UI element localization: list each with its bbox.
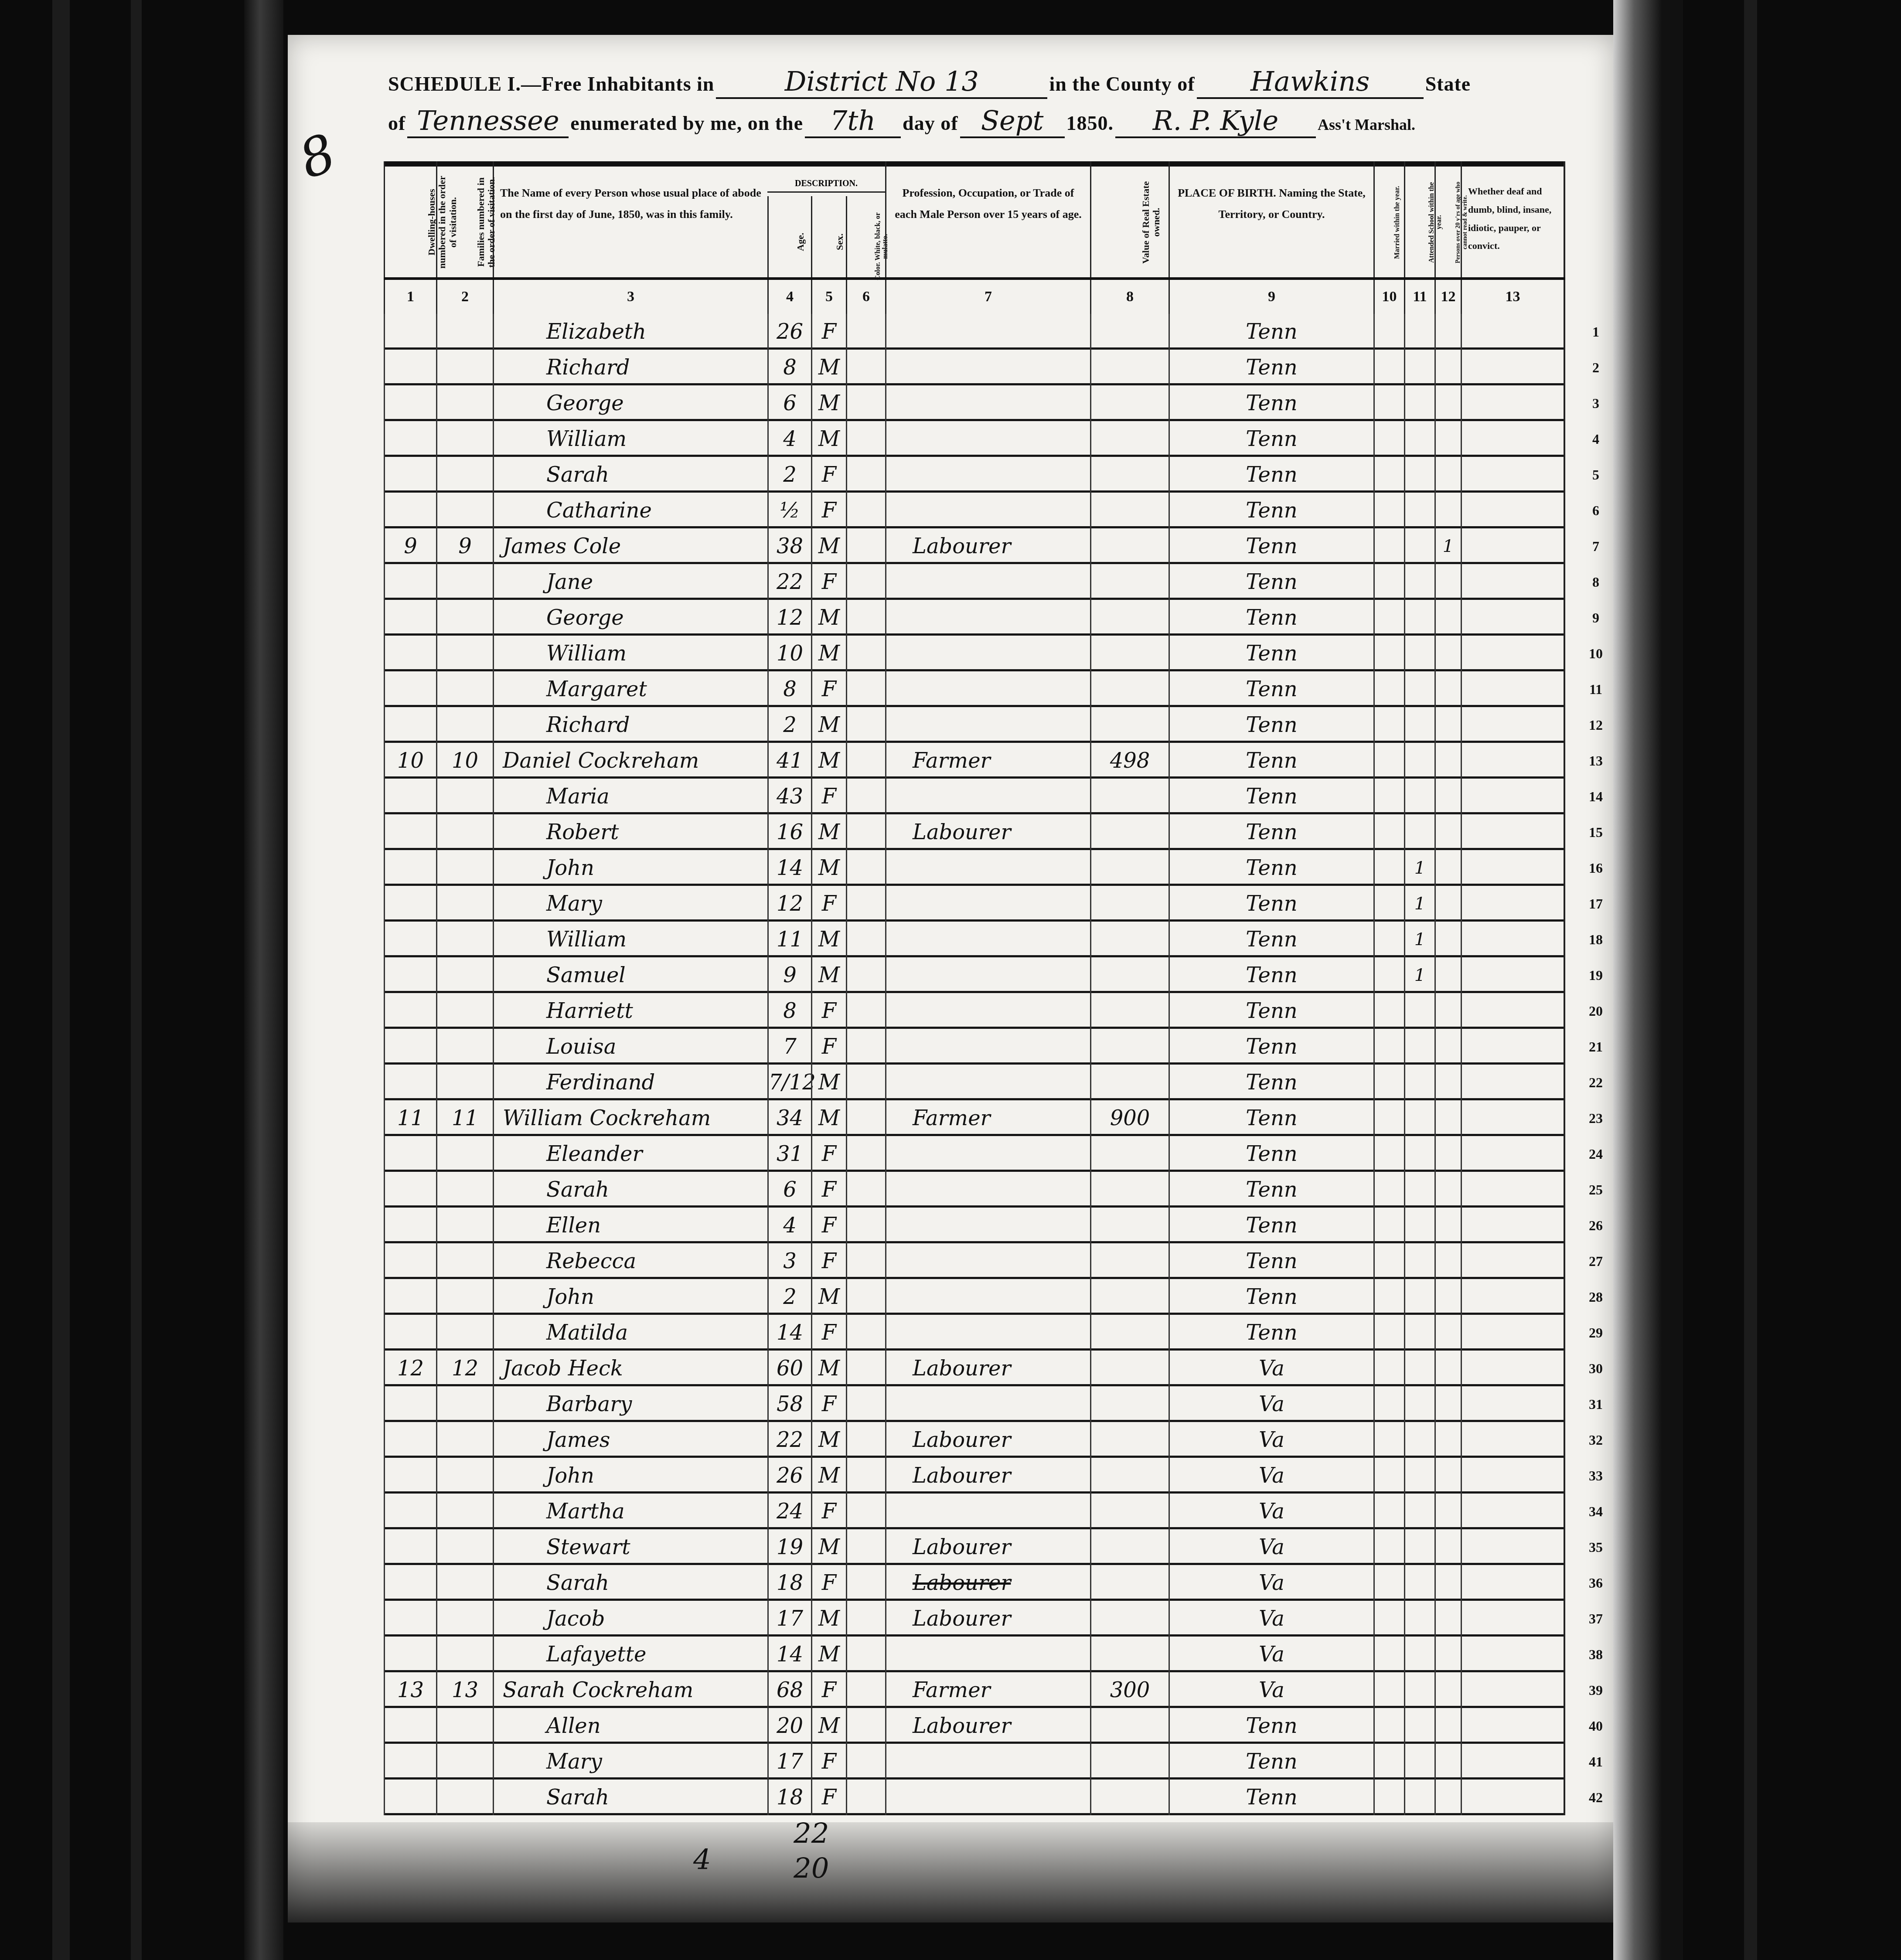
family-number-cell (436, 1422, 493, 1458)
age-cell: 58 (767, 1386, 811, 1422)
attended-school-cell (1404, 1494, 1434, 1529)
age-cell: 7 (767, 1029, 811, 1065)
occupation-cell: Farmer (885, 743, 1090, 779)
color-cell (846, 1458, 885, 1494)
age-cell: 10 (767, 636, 811, 671)
cannot-read-write-cell (1434, 1136, 1461, 1172)
line-number: 39 (1578, 1672, 1613, 1708)
line-number: 27 (1578, 1243, 1613, 1279)
attended-school-cell: 1 (1404, 886, 1434, 922)
dwelling-number-cell (384, 993, 436, 1029)
header-col-5: Sex. (811, 196, 846, 279)
column-number-row: 1 2 3 4 5 6 7 8 9 10 11 12 13 (384, 280, 1565, 314)
person-name-cell: Richard (493, 707, 767, 743)
table-row: Eleander31FTenn24 (384, 1136, 1565, 1172)
county-field: Hawkins (1197, 65, 1424, 99)
married-cell (1373, 671, 1404, 707)
occupation-cell (885, 385, 1090, 421)
table-row: Allen20MLabourerTenn40 (384, 1708, 1565, 1744)
col-num-11: 11 (1404, 280, 1434, 314)
line-number: 23 (1578, 1100, 1613, 1136)
real-estate-value-cell (1090, 1243, 1169, 1279)
person-name-cell: Sarah (493, 1172, 767, 1208)
occupation-cell: Labourer (885, 1458, 1090, 1494)
birthplace-cell: Tenn (1169, 421, 1373, 457)
married-cell (1373, 421, 1404, 457)
deaf-dumb-blind-cell (1461, 1637, 1565, 1672)
cannot-read-write-cell (1434, 1708, 1461, 1744)
age-cell: 7/12 (767, 1065, 811, 1100)
married-cell (1373, 707, 1404, 743)
deaf-dumb-blind-cell (1461, 636, 1565, 671)
occupation-cell: Farmer (885, 1100, 1090, 1136)
birthplace-cell: Tenn (1169, 600, 1373, 636)
cannot-read-write-cell (1434, 385, 1461, 421)
table-row: Catharine½FTenn6 (384, 493, 1565, 528)
tally-males: 22 (794, 1818, 829, 1850)
family-number-cell (436, 1637, 493, 1672)
person-name-cell: Barbary (493, 1386, 767, 1422)
age-cell: 4 (767, 1208, 811, 1243)
attended-school-cell (1404, 1708, 1434, 1744)
cannot-read-write-cell (1434, 1565, 1461, 1601)
cannot-read-write-cell (1434, 1601, 1461, 1637)
occupation-cell (885, 922, 1090, 957)
sex-cell: M (811, 1065, 846, 1100)
person-name-cell: Matilda (493, 1315, 767, 1351)
sex-cell: F (811, 1744, 846, 1780)
dwelling-number-cell: 12 (384, 1351, 436, 1386)
day-value: 7th (830, 105, 876, 136)
day-field: 7th (805, 105, 901, 138)
sex-cell: F (811, 1494, 846, 1529)
occupation-cell (885, 1208, 1090, 1243)
attended-school-cell (1404, 1744, 1434, 1780)
person-name-cell: Catharine (493, 493, 767, 528)
line-number: 9 (1578, 600, 1613, 636)
line-number: 35 (1578, 1529, 1613, 1565)
deaf-dumb-blind-cell (1461, 1172, 1565, 1208)
family-number-cell (436, 1565, 493, 1601)
age-cell: 26 (767, 1458, 811, 1494)
occupation-cell (885, 1065, 1090, 1100)
dwelling-number-cell (384, 779, 436, 814)
attended-school-cell (1404, 314, 1434, 350)
married-cell (1373, 1243, 1404, 1279)
cannot-read-write-cell (1434, 1100, 1461, 1136)
birthplace-cell: Tenn (1169, 564, 1373, 600)
attended-school-cell (1404, 1279, 1434, 1315)
attended-school-cell: 1 (1404, 922, 1434, 957)
sex-cell: F (811, 1029, 846, 1065)
header-col-4: Age. (767, 196, 811, 279)
real-estate-value-cell (1090, 707, 1169, 743)
age-cell: 68 (767, 1672, 811, 1708)
attended-school-cell (1404, 600, 1434, 636)
sex-cell: F (811, 671, 846, 707)
age-cell: 4 (767, 421, 811, 457)
person-name-cell: Elizabeth (493, 314, 767, 350)
color-cell (846, 707, 885, 743)
cannot-read-write-cell (1434, 493, 1461, 528)
family-number-cell (436, 457, 493, 493)
attended-school-cell (1404, 636, 1434, 671)
col-num-2: 2 (436, 280, 493, 314)
tally-dwellings: 4 (693, 1844, 711, 1876)
cannot-read-write-cell (1434, 1315, 1461, 1351)
table-row: Harriett8FTenn20 (384, 993, 1565, 1029)
age-cell: 11 (767, 922, 811, 957)
married-cell (1373, 886, 1404, 922)
married-cell (1373, 1029, 1404, 1065)
table-row: Rebecca3FTenn27 (384, 1243, 1565, 1279)
dwelling-number-cell: 9 (384, 528, 436, 564)
header-col-12: Persons over 20 y'rs of age who cannot r… (1434, 161, 1461, 279)
cannot-read-write-cell (1434, 457, 1461, 493)
sex-cell: M (811, 421, 846, 457)
marshal-field: R. P. Kyle (1115, 105, 1316, 138)
color-cell (846, 457, 885, 493)
sex-cell: M (811, 922, 846, 957)
married-cell (1373, 922, 1404, 957)
deaf-dumb-blind-cell (1461, 421, 1565, 457)
deaf-dumb-blind-cell (1461, 814, 1565, 850)
cannot-read-write-cell (1434, 1243, 1461, 1279)
married-cell (1373, 457, 1404, 493)
line-number: 2 (1578, 350, 1613, 385)
attended-school-cell (1404, 1100, 1434, 1136)
family-number-cell (436, 707, 493, 743)
color-cell (846, 1208, 885, 1243)
header-col-1: Dwelling-houses numbered in the order of… (384, 161, 436, 279)
person-name-cell: Lafayette (493, 1637, 767, 1672)
married-cell (1373, 350, 1404, 385)
real-estate-value-cell (1090, 922, 1169, 957)
married-cell (1373, 1351, 1404, 1386)
person-name-cell: Robert (493, 814, 767, 850)
age-cell: 2 (767, 1279, 811, 1315)
color-cell (846, 493, 885, 528)
table-row: William11MTenn118 (384, 922, 1565, 957)
color-cell (846, 1386, 885, 1422)
family-number-cell (436, 814, 493, 850)
line-number: 29 (1578, 1315, 1613, 1351)
deaf-dumb-blind-cell (1461, 314, 1565, 350)
real-estate-value-cell (1090, 779, 1169, 814)
age-cell: 38 (767, 528, 811, 564)
birthplace-cell: Tenn (1169, 385, 1373, 421)
person-name-cell: Martha (493, 1494, 767, 1529)
deaf-dumb-blind-cell (1461, 1565, 1565, 1601)
real-estate-value-cell (1090, 957, 1169, 993)
birthplace-cell: Tenn (1169, 493, 1373, 528)
table-row: Barbary58FVa31 (384, 1386, 1565, 1422)
line-number: 3 (1578, 385, 1613, 421)
age-cell: 8 (767, 993, 811, 1029)
dwelling-number-cell (384, 1065, 436, 1100)
family-number-cell (436, 636, 493, 671)
person-name-cell: Samuel (493, 957, 767, 993)
state-field: Tennessee (407, 105, 569, 138)
color-cell (846, 1136, 885, 1172)
deaf-dumb-blind-cell (1461, 886, 1565, 922)
table-row: Sarah6FTenn25 (384, 1172, 1565, 1208)
real-estate-value-cell: 300 (1090, 1672, 1169, 1708)
age-cell: 8 (767, 350, 811, 385)
occupation-cell (885, 1172, 1090, 1208)
color-cell (846, 850, 885, 886)
color-cell (846, 1744, 885, 1780)
married-cell (1373, 1637, 1404, 1672)
age-cell: 14 (767, 850, 811, 886)
real-estate-value-cell (1090, 993, 1169, 1029)
deaf-dumb-blind-cell (1461, 1100, 1565, 1136)
color-cell (846, 1422, 885, 1458)
table-row: George6MTenn3 (384, 385, 1565, 421)
attended-school-cell (1404, 421, 1434, 457)
table-row: John14MTenn116 (384, 850, 1565, 886)
real-estate-value-cell (1090, 1708, 1169, 1744)
col-num-1: 1 (384, 280, 436, 314)
family-number-cell (436, 564, 493, 600)
real-estate-value-cell (1090, 1744, 1169, 1780)
year-label: 1850. (1066, 112, 1114, 134)
person-name-cell: James Cole (493, 528, 767, 564)
real-estate-value-cell (1090, 1279, 1169, 1315)
line-number: 7 (1578, 528, 1613, 564)
married-cell (1373, 1601, 1404, 1637)
real-estate-value-cell (1090, 1315, 1169, 1351)
attended-school-cell (1404, 743, 1434, 779)
birthplace-cell: Tenn (1169, 957, 1373, 993)
married-cell (1373, 1136, 1404, 1172)
real-estate-value-cell (1090, 1351, 1169, 1386)
header-col-8: Value of Real Estate owned. (1090, 161, 1169, 279)
married-cell (1373, 1565, 1404, 1601)
real-estate-value-cell (1090, 814, 1169, 850)
married-cell (1373, 493, 1404, 528)
birthplace-cell: Tenn (1169, 314, 1373, 350)
family-number-cell (436, 993, 493, 1029)
cannot-read-write-cell (1434, 1529, 1461, 1565)
tally-females: 20 (794, 1853, 829, 1885)
person-name-cell: Jacob Heck (493, 1351, 767, 1386)
dwelling-number-cell: 11 (384, 1100, 436, 1136)
line-number: 31 (1578, 1386, 1613, 1422)
county-label: in the County of (1049, 73, 1195, 95)
sheet-bottom-shade (288, 1822, 1613, 1923)
sex-cell: F (811, 779, 846, 814)
age-cell: 2 (767, 707, 811, 743)
family-number-cell (436, 1065, 493, 1100)
person-name-cell: Stewart (493, 1529, 767, 1565)
birthplace-cell: Tenn (1169, 528, 1373, 564)
real-estate-value-cell (1090, 1065, 1169, 1100)
cannot-read-write-cell (1434, 1029, 1461, 1065)
header-col-10: Married within the year. (1373, 161, 1404, 279)
table-row: Jacob17MLabourerVa37 (384, 1601, 1565, 1637)
real-estate-value-cell (1090, 1601, 1169, 1637)
line-number: 22 (1578, 1065, 1613, 1100)
birthplace-cell: Va (1169, 1565, 1373, 1601)
attended-school-cell (1404, 671, 1434, 707)
occupation-cell (885, 421, 1090, 457)
table-row: Martha24FVa34 (384, 1494, 1565, 1529)
birthplace-cell: Tenn (1169, 1780, 1373, 1815)
dwelling-number-cell (384, 1243, 436, 1279)
dwelling-number-cell (384, 421, 436, 457)
real-estate-value-cell (1090, 1458, 1169, 1494)
age-cell: 26 (767, 314, 811, 350)
occupation-cell: Labourer (885, 1601, 1090, 1637)
age-cell: 18 (767, 1780, 811, 1815)
color-cell (846, 350, 885, 385)
dwelling-number-cell: 13 (384, 1672, 436, 1708)
schedule-label: SCHEDULE I.—Free Inhabitants in (388, 73, 714, 95)
district-value: District No 13 (785, 65, 979, 97)
birthplace-cell: Tenn (1169, 1136, 1373, 1172)
deaf-dumb-blind-cell (1461, 1780, 1565, 1815)
line-number: 18 (1578, 922, 1613, 957)
table-row: William4MTenn4 (384, 421, 1565, 457)
sex-cell: M (811, 707, 846, 743)
table-row: Samuel9MTenn119 (384, 957, 1565, 993)
birthplace-cell: Tenn (1169, 1243, 1373, 1279)
family-number-cell (436, 1458, 493, 1494)
married-cell (1373, 1100, 1404, 1136)
line-number: 40 (1578, 1708, 1613, 1744)
sex-cell: M (811, 385, 846, 421)
married-cell (1373, 564, 1404, 600)
of-label: of (388, 112, 405, 134)
cannot-read-write-cell (1434, 671, 1461, 707)
married-cell (1373, 957, 1404, 993)
married-cell (1373, 1065, 1404, 1100)
age-cell: 17 (767, 1601, 811, 1637)
color-cell (846, 671, 885, 707)
color-cell (846, 1494, 885, 1529)
real-estate-value-cell (1090, 1386, 1169, 1422)
line-number: 38 (1578, 1637, 1613, 1672)
table-row: John2MTenn28 (384, 1279, 1565, 1315)
birthplace-cell: Tenn (1169, 779, 1373, 814)
occupation-cell (885, 850, 1090, 886)
table-row: Louisa7FTenn21 (384, 1029, 1565, 1065)
sex-cell: M (811, 528, 846, 564)
family-number-cell (436, 671, 493, 707)
occupation-cell (885, 1494, 1090, 1529)
real-estate-value-cell (1090, 636, 1169, 671)
dwelling-number-cell (384, 850, 436, 886)
age-cell: 22 (767, 1422, 811, 1458)
age-cell: 14 (767, 1637, 811, 1672)
dwelling-number-cell (384, 1136, 436, 1172)
dwelling-number-cell (384, 1279, 436, 1315)
color-cell (846, 743, 885, 779)
film-right-edge (1613, 0, 1683, 1960)
col-num-8: 8 (1090, 280, 1169, 314)
married-cell (1373, 1494, 1404, 1529)
table-row: Stewart19MLabourerVa35 (384, 1529, 1565, 1565)
person-name-cell: George (493, 385, 767, 421)
line-number: 10 (1578, 636, 1613, 671)
dwelling-number-cell (384, 457, 436, 493)
attended-school-cell (1404, 1601, 1434, 1637)
person-name-cell: Sarah Cockreham (493, 1672, 767, 1708)
table-row: Jane22FTenn8 (384, 564, 1565, 600)
real-estate-value-cell (1090, 1172, 1169, 1208)
occupation-cell (885, 707, 1090, 743)
dwelling-number-cell (384, 385, 436, 421)
title-line-2: of Tennessee enumerated by me, on the 7t… (388, 105, 1415, 138)
deaf-dumb-blind-cell (1461, 779, 1565, 814)
dwelling-number-cell (384, 600, 436, 636)
occupation-cell (885, 779, 1090, 814)
cannot-read-write-cell (1434, 314, 1461, 350)
birthplace-cell: Va (1169, 1494, 1373, 1529)
person-name-cell: Sarah (493, 1565, 767, 1601)
marshal-value: R. P. Kyle (1153, 105, 1279, 136)
cannot-read-write-cell (1434, 993, 1461, 1029)
line-number: 1 (1578, 314, 1613, 350)
line-number: 15 (1578, 814, 1613, 850)
person-name-cell: William (493, 421, 767, 457)
col-num-5: 5 (811, 280, 846, 314)
occupation-cell (885, 636, 1090, 671)
color-cell (846, 564, 885, 600)
deaf-dumb-blind-cell (1461, 1672, 1565, 1708)
dwelling-number-cell (384, 493, 436, 528)
occupation-cell (885, 1637, 1090, 1672)
age-cell: 3 (767, 1243, 811, 1279)
line-number: 16 (1578, 850, 1613, 886)
birthplace-cell: Tenn (1169, 350, 1373, 385)
occupation-cell (885, 1029, 1090, 1065)
age-cell: 22 (767, 564, 811, 600)
deaf-dumb-blind-cell (1461, 385, 1565, 421)
birthplace-cell: Tenn (1169, 1279, 1373, 1315)
birthplace-cell: Va (1169, 1422, 1373, 1458)
sex-cell: F (811, 493, 846, 528)
deaf-dumb-blind-cell (1461, 671, 1565, 707)
birthplace-cell: Va (1169, 1386, 1373, 1422)
family-number-cell (436, 1243, 493, 1279)
age-cell: 41 (767, 743, 811, 779)
sex-cell: M (811, 850, 846, 886)
age-cell: 12 (767, 886, 811, 922)
line-number: 37 (1578, 1601, 1613, 1637)
sex-cell: F (811, 1315, 846, 1351)
family-number-cell (436, 779, 493, 814)
occupation-cell (885, 1315, 1090, 1351)
married-cell (1373, 850, 1404, 886)
attended-school-cell (1404, 1172, 1434, 1208)
table-row: 99James Cole38MLabourerTenn17 (384, 528, 1565, 564)
table-row: James22MLabourerVa32 (384, 1422, 1565, 1458)
married-cell (1373, 1458, 1404, 1494)
birthplace-cell: Tenn (1169, 1100, 1373, 1136)
sex-cell: M (811, 814, 846, 850)
married-cell (1373, 600, 1404, 636)
real-estate-value-cell (1090, 1780, 1169, 1815)
header-col-11: Attended School within the year. (1404, 161, 1434, 279)
occupation-cell (885, 600, 1090, 636)
sex-cell: M (811, 1601, 846, 1637)
married-cell (1373, 1208, 1404, 1243)
dwelling-number-cell (384, 922, 436, 957)
dwelling-number-cell (384, 957, 436, 993)
dwelling-number-cell (384, 564, 436, 600)
